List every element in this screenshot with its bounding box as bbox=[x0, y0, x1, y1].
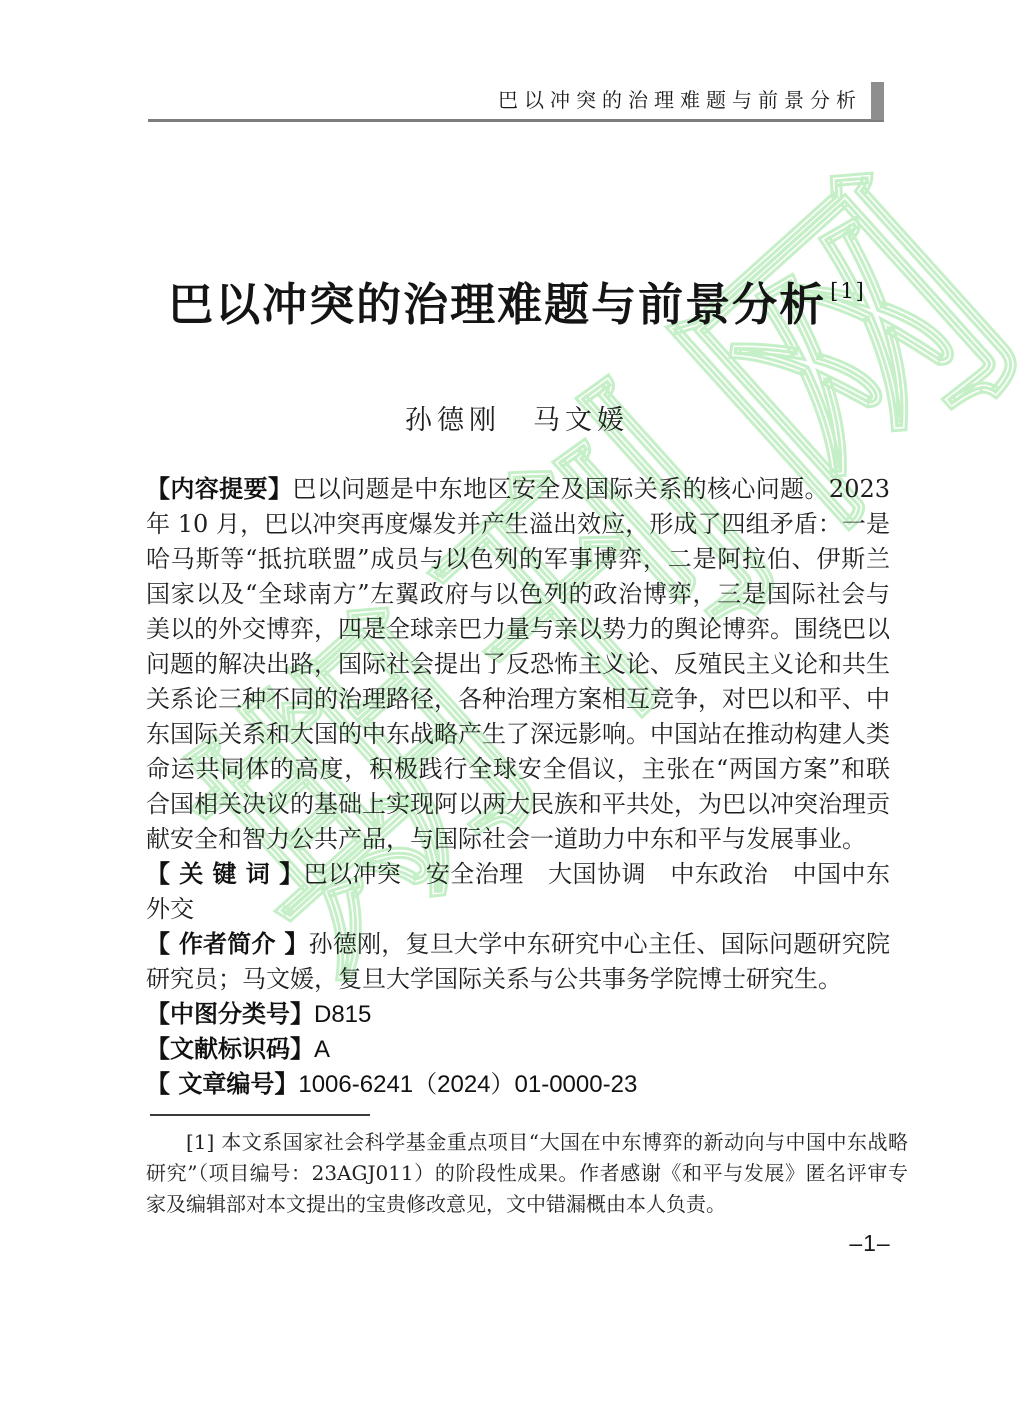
document-code-line: 【文献标识码】A bbox=[146, 1032, 890, 1067]
article-number-line: 【 文章编号】1006-6241（2024）01-0000-23 bbox=[146, 1067, 890, 1102]
article-title-text: 巴以冲突的治理难题与前景分析 bbox=[168, 278, 826, 331]
footnote-rule bbox=[150, 1114, 370, 1116]
clc-number-line: 【中图分类号】D815 bbox=[146, 997, 890, 1032]
running-header-title: 巴以冲突的治理难题与前景分析 bbox=[498, 84, 862, 113]
header-corner-bar bbox=[871, 82, 884, 120]
clc-value: D815 bbox=[314, 1001, 371, 1028]
article-title: 巴以冲突的治理难题与前景分析[1] bbox=[0, 268, 1034, 333]
author-bio-label: 【 作者简介 】 bbox=[146, 930, 309, 958]
keywords: 【 关 键 词 】巴以冲突 安全治理 大国协调 中东政治 中国中东外交 bbox=[146, 857, 890, 927]
abstract: 【内容提要】巴以问题是中东地区安全及国际关系的核心问题。2023 年 10 月，… bbox=[146, 472, 890, 857]
header-rule bbox=[148, 119, 884, 122]
article-number-label: 【 文章编号】 bbox=[146, 1070, 298, 1098]
footnote: [1] 本文系国家社会科学基金重点项目“大国在中东博弈的新动向与中国中东战略研究… bbox=[146, 1127, 908, 1220]
author-bio: 【 作者简介 】孙德刚，复旦大学中东研究中心主任、国际问题研究院研究员；马文媛，… bbox=[146, 927, 890, 997]
document-code-value: A bbox=[314, 1036, 330, 1063]
document-page: 期刊网 巴以冲突的治理难题与前景分析 巴以冲突的治理难题与前景分析[1] 孙德刚… bbox=[0, 0, 1034, 1420]
article-number-value: 1006-6241（2024）01-0000-23 bbox=[298, 1071, 637, 1098]
authors: 孙德刚 马文媛 bbox=[0, 398, 1034, 437]
clc-label: 【中图分类号】 bbox=[146, 1000, 314, 1028]
document-code-label: 【文献标识码】 bbox=[146, 1035, 314, 1063]
page-number: –1– bbox=[840, 1230, 900, 1257]
abstract-label: 【内容提要】 bbox=[146, 475, 292, 503]
abstract-text: 巴以问题是中东地区安全及国际关系的核心问题。2023 年 10 月，巴以冲突再度… bbox=[146, 475, 890, 853]
footnote-ref: [1] bbox=[830, 279, 866, 303]
keywords-label: 【 关 键 词 】 bbox=[146, 860, 304, 888]
front-matter: 【内容提要】巴以问题是中东地区安全及国际关系的核心问题。2023 年 10 月，… bbox=[146, 472, 890, 1102]
